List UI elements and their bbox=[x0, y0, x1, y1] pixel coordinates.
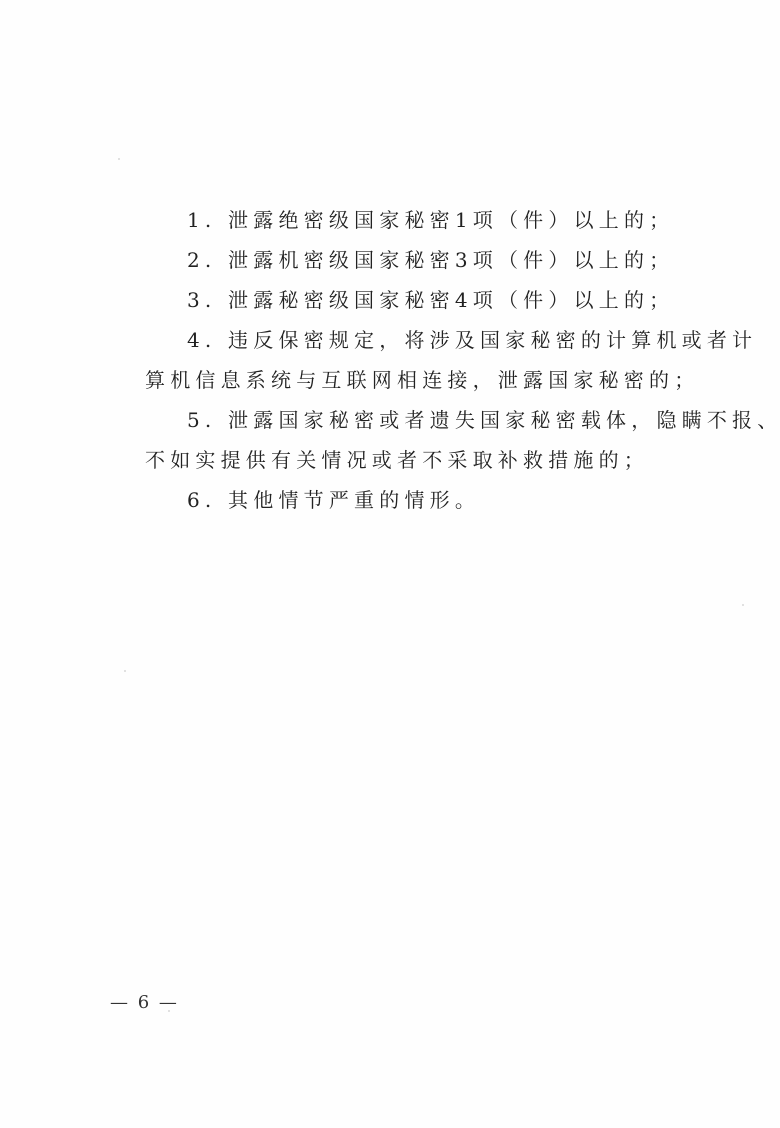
scan-speck bbox=[742, 604, 744, 606]
item-text: 其他情节严重的情形。 bbox=[228, 488, 480, 512]
scan-speck bbox=[168, 1010, 170, 1012]
list-item-2: 2. 泄露机密级国家秘密3项（件）以上的； bbox=[187, 248, 674, 272]
list-item-4-line-1: 4. 违反保密规定，将涉及国家秘密的计算机或者计 bbox=[187, 328, 757, 352]
item-text: 泄露绝密级国家秘密1项（件）以上的； bbox=[228, 208, 674, 232]
item-number: 2. bbox=[187, 248, 216, 272]
item-number: 3. bbox=[187, 288, 216, 312]
item-text: 泄露国家秘密或者遗失国家秘密载体，隐瞒不报、 bbox=[228, 408, 780, 432]
item-number: 1. bbox=[187, 208, 216, 232]
list-item-5-line-2: 不如实提供有关情况或者不采取补救措施的； bbox=[145, 448, 649, 472]
item-text: 违反保密规定，将涉及国家秘密的计算机或者计 bbox=[228, 328, 757, 352]
list-item-3: 3. 泄露秘密级国家秘密4项（件）以上的； bbox=[187, 288, 674, 312]
list-item-4-line-2: 算机信息系统与互联网相连接，泄露国家秘密的； bbox=[145, 368, 699, 392]
list-item-6: 6. 其他情节严重的情形。 bbox=[187, 488, 480, 512]
list-item-1: 1. 泄露绝密级国家秘密1项（件）以上的； bbox=[187, 208, 674, 232]
item-number: 4. bbox=[187, 328, 216, 352]
scan-speck bbox=[124, 670, 126, 672]
item-text: 泄露秘密级国家秘密4项（件）以上的； bbox=[228, 288, 674, 312]
item-number: 6. bbox=[187, 488, 216, 512]
list-item-5-line-1: 5. 泄露国家秘密或者遗失国家秘密载体，隐瞒不报、 bbox=[187, 408, 780, 432]
item-text: 算机信息系统与互联网相连接，泄露国家秘密的； bbox=[145, 368, 699, 392]
item-number: 5. bbox=[187, 408, 216, 432]
document-page: 1. 泄露绝密级国家秘密1项（件）以上的； 2. 泄露机密级国家秘密3项（件）以… bbox=[0, 0, 780, 1128]
scan-speck bbox=[118, 158, 120, 160]
item-text: 泄露机密级国家秘密3项（件）以上的； bbox=[228, 248, 674, 272]
item-text: 不如实提供有关情况或者不采取补救措施的； bbox=[145, 448, 649, 472]
